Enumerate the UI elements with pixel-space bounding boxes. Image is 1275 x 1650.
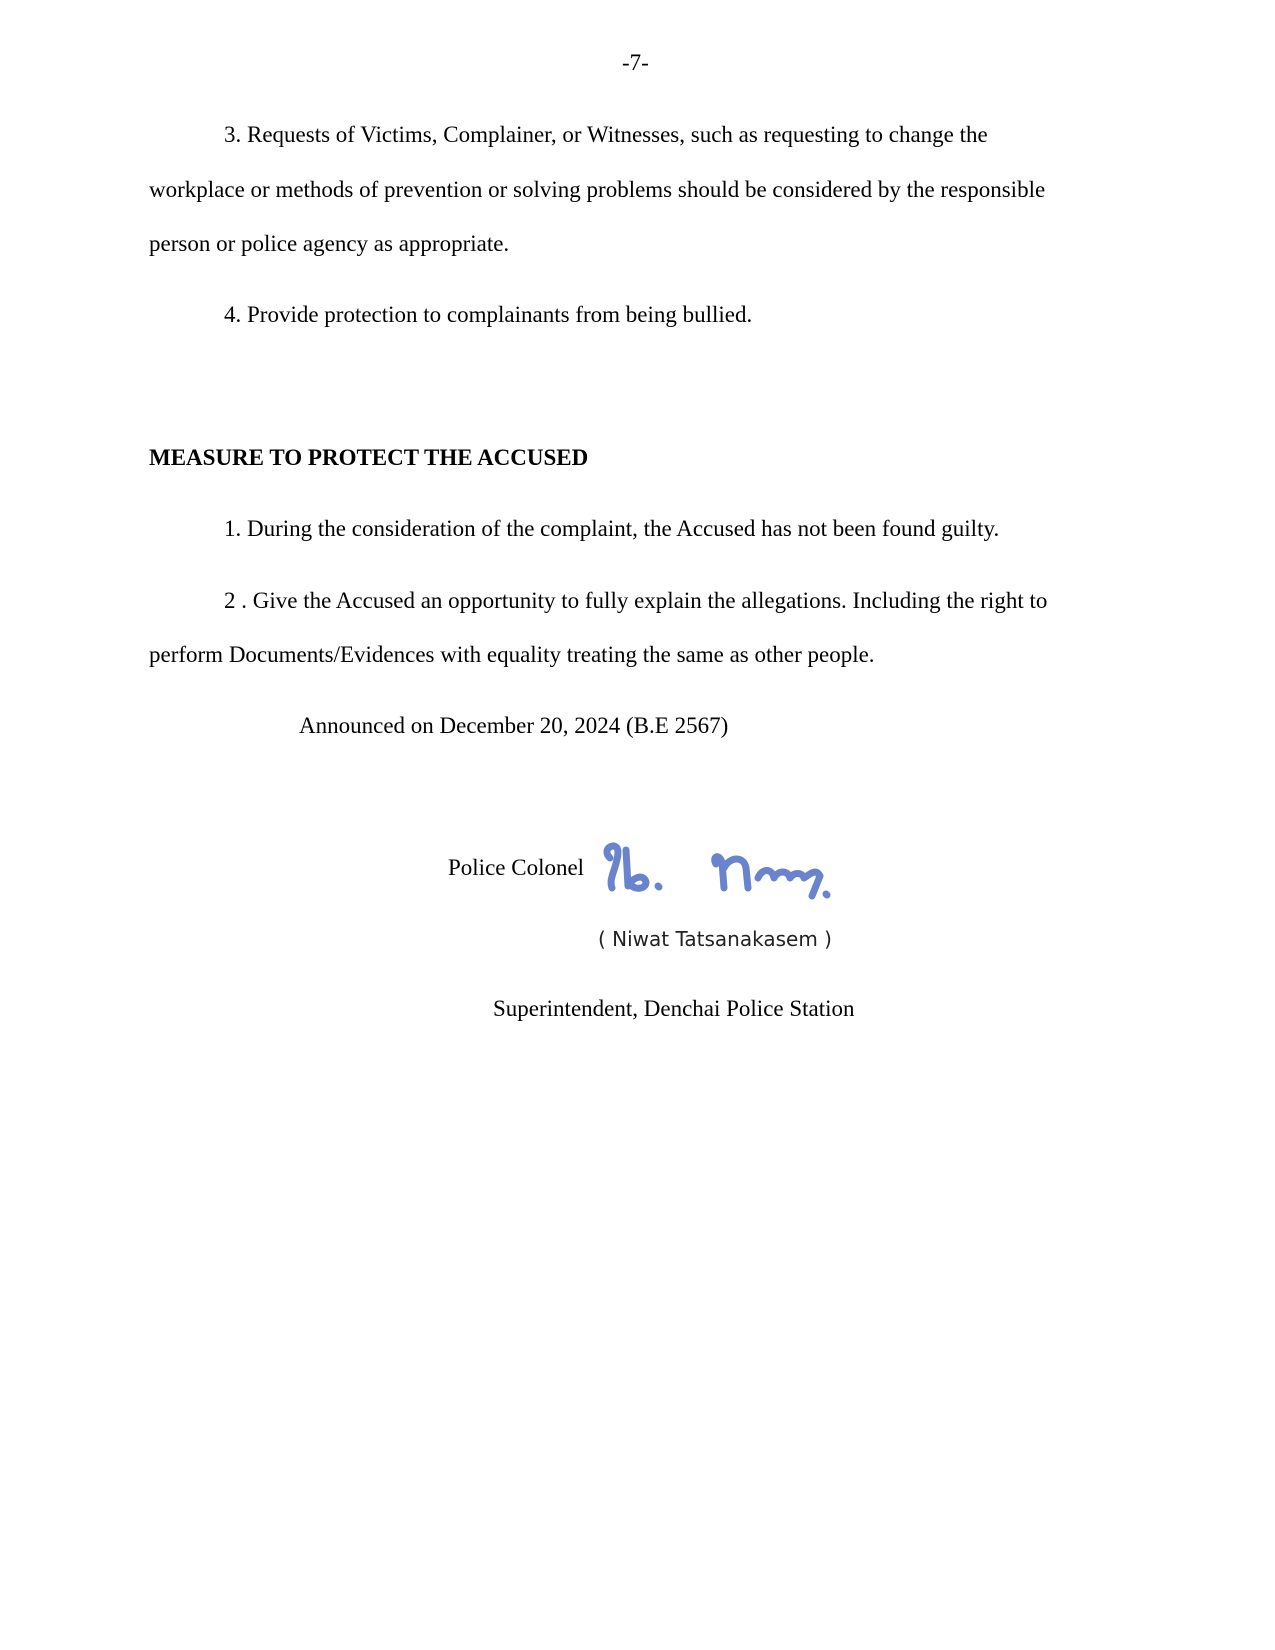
paragraph-3-line-1: 3. Requests of Victims, Complainer, or W…: [224, 122, 988, 148]
signatory-title: Superintendent, Denchai Police Station: [493, 996, 855, 1022]
paragraph-3-line-2: workplace or methods of prevention or so…: [149, 177, 1045, 203]
page-number: -7-: [622, 50, 649, 76]
accused-item-1: 1. During the consideration of the compl…: [224, 516, 999, 542]
signatory-name: ( Niwat Tatsanakasem ): [598, 927, 832, 951]
accused-item-2-line-2: perform Documents/Evidences with equalit…: [149, 642, 875, 668]
section-heading: MEASURE TO PROTECT THE ACCUSED: [149, 445, 588, 471]
signatory-rank: Police Colonel: [448, 855, 584, 881]
paragraph-3-line-3: person or police agency as appropriate.: [149, 231, 509, 257]
paragraph-4: 4. Provide protection to complainants fr…: [224, 302, 752, 328]
announcement-date: Announced on December 20, 2024 (B.E 2567…: [299, 713, 728, 739]
signature-image: [598, 838, 848, 908]
accused-item-2-line-1: 2 . Give the Accused an opportunity to f…: [224, 588, 1047, 614]
